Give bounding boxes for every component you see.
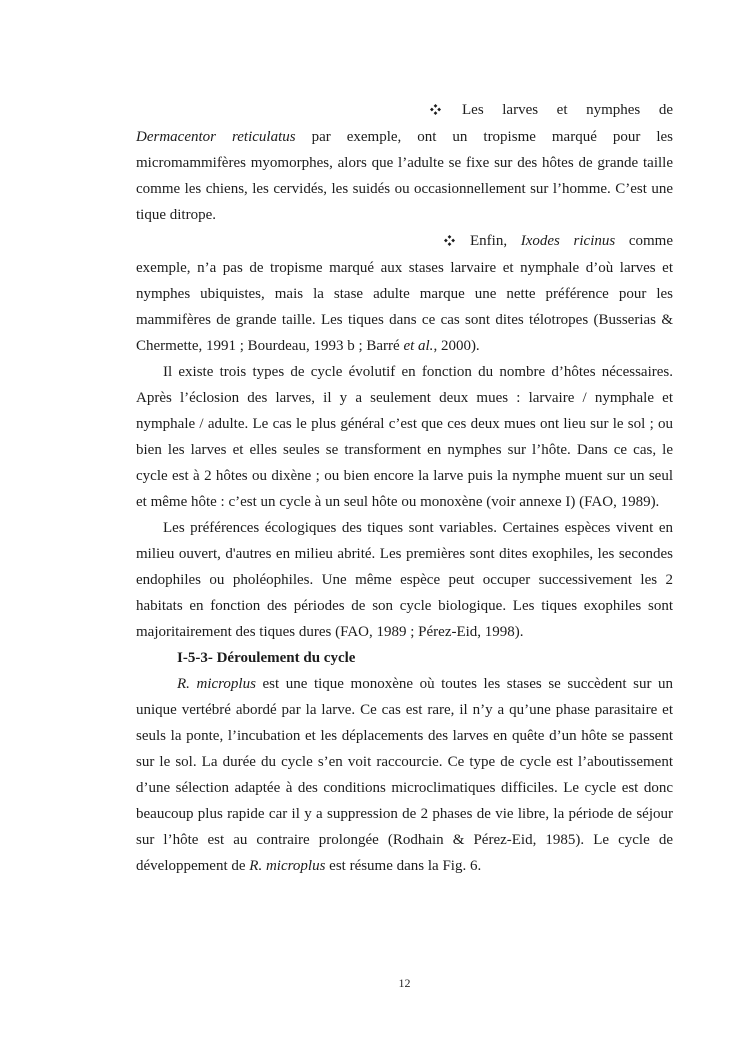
- paragraph-text-run: Les larves et nymphes de: [462, 102, 673, 118]
- species-name-italic: R. microplus: [177, 676, 256, 692]
- species-name-italic: R. microplus: [249, 858, 325, 874]
- species-name-italic: Ixodes ricinus: [521, 233, 615, 249]
- paragraph-preferences-ecologiques: Les préférences écologiques des tiques s…: [136, 515, 673, 645]
- four-diamond-bullet-icon: [283, 98, 441, 124]
- paragraph-text-run: Enfin,: [470, 233, 521, 249]
- section-heading: I-5-3- Déroulement du cycle: [136, 645, 673, 671]
- paragraph-bullet-dermacentor: Les larves et nymphes de Dermacentor ret…: [136, 97, 673, 228]
- page-content: Les larves et nymphes de Dermacentor ret…: [136, 97, 673, 879]
- et-al-italic: et al.: [403, 338, 433, 354]
- paragraph-text-run: est résume dans la Fig. 6.: [325, 858, 481, 874]
- paragraph-deroulement-cycle: R. microplus est une tique monoxène où t…: [136, 671, 673, 879]
- page-number: 12: [136, 975, 673, 991]
- paragraph-text-run: est une tique monoxène où toutes les sta…: [136, 676, 673, 874]
- document-page: Les larves et nymphes de Dermacentor ret…: [0, 0, 745, 1053]
- paragraph-text-run: , 2000).: [433, 338, 479, 354]
- paragraph-cycle-types: Il existe trois types de cycle évolutif …: [136, 359, 673, 515]
- four-diamond-bullet-icon: [290, 229, 455, 255]
- species-name-italic: Dermacentor reticulatus: [136, 129, 296, 145]
- paragraph-bullet-ixodes: Enfin, Ixodes ricinus comme exemple, n’a…: [136, 228, 673, 359]
